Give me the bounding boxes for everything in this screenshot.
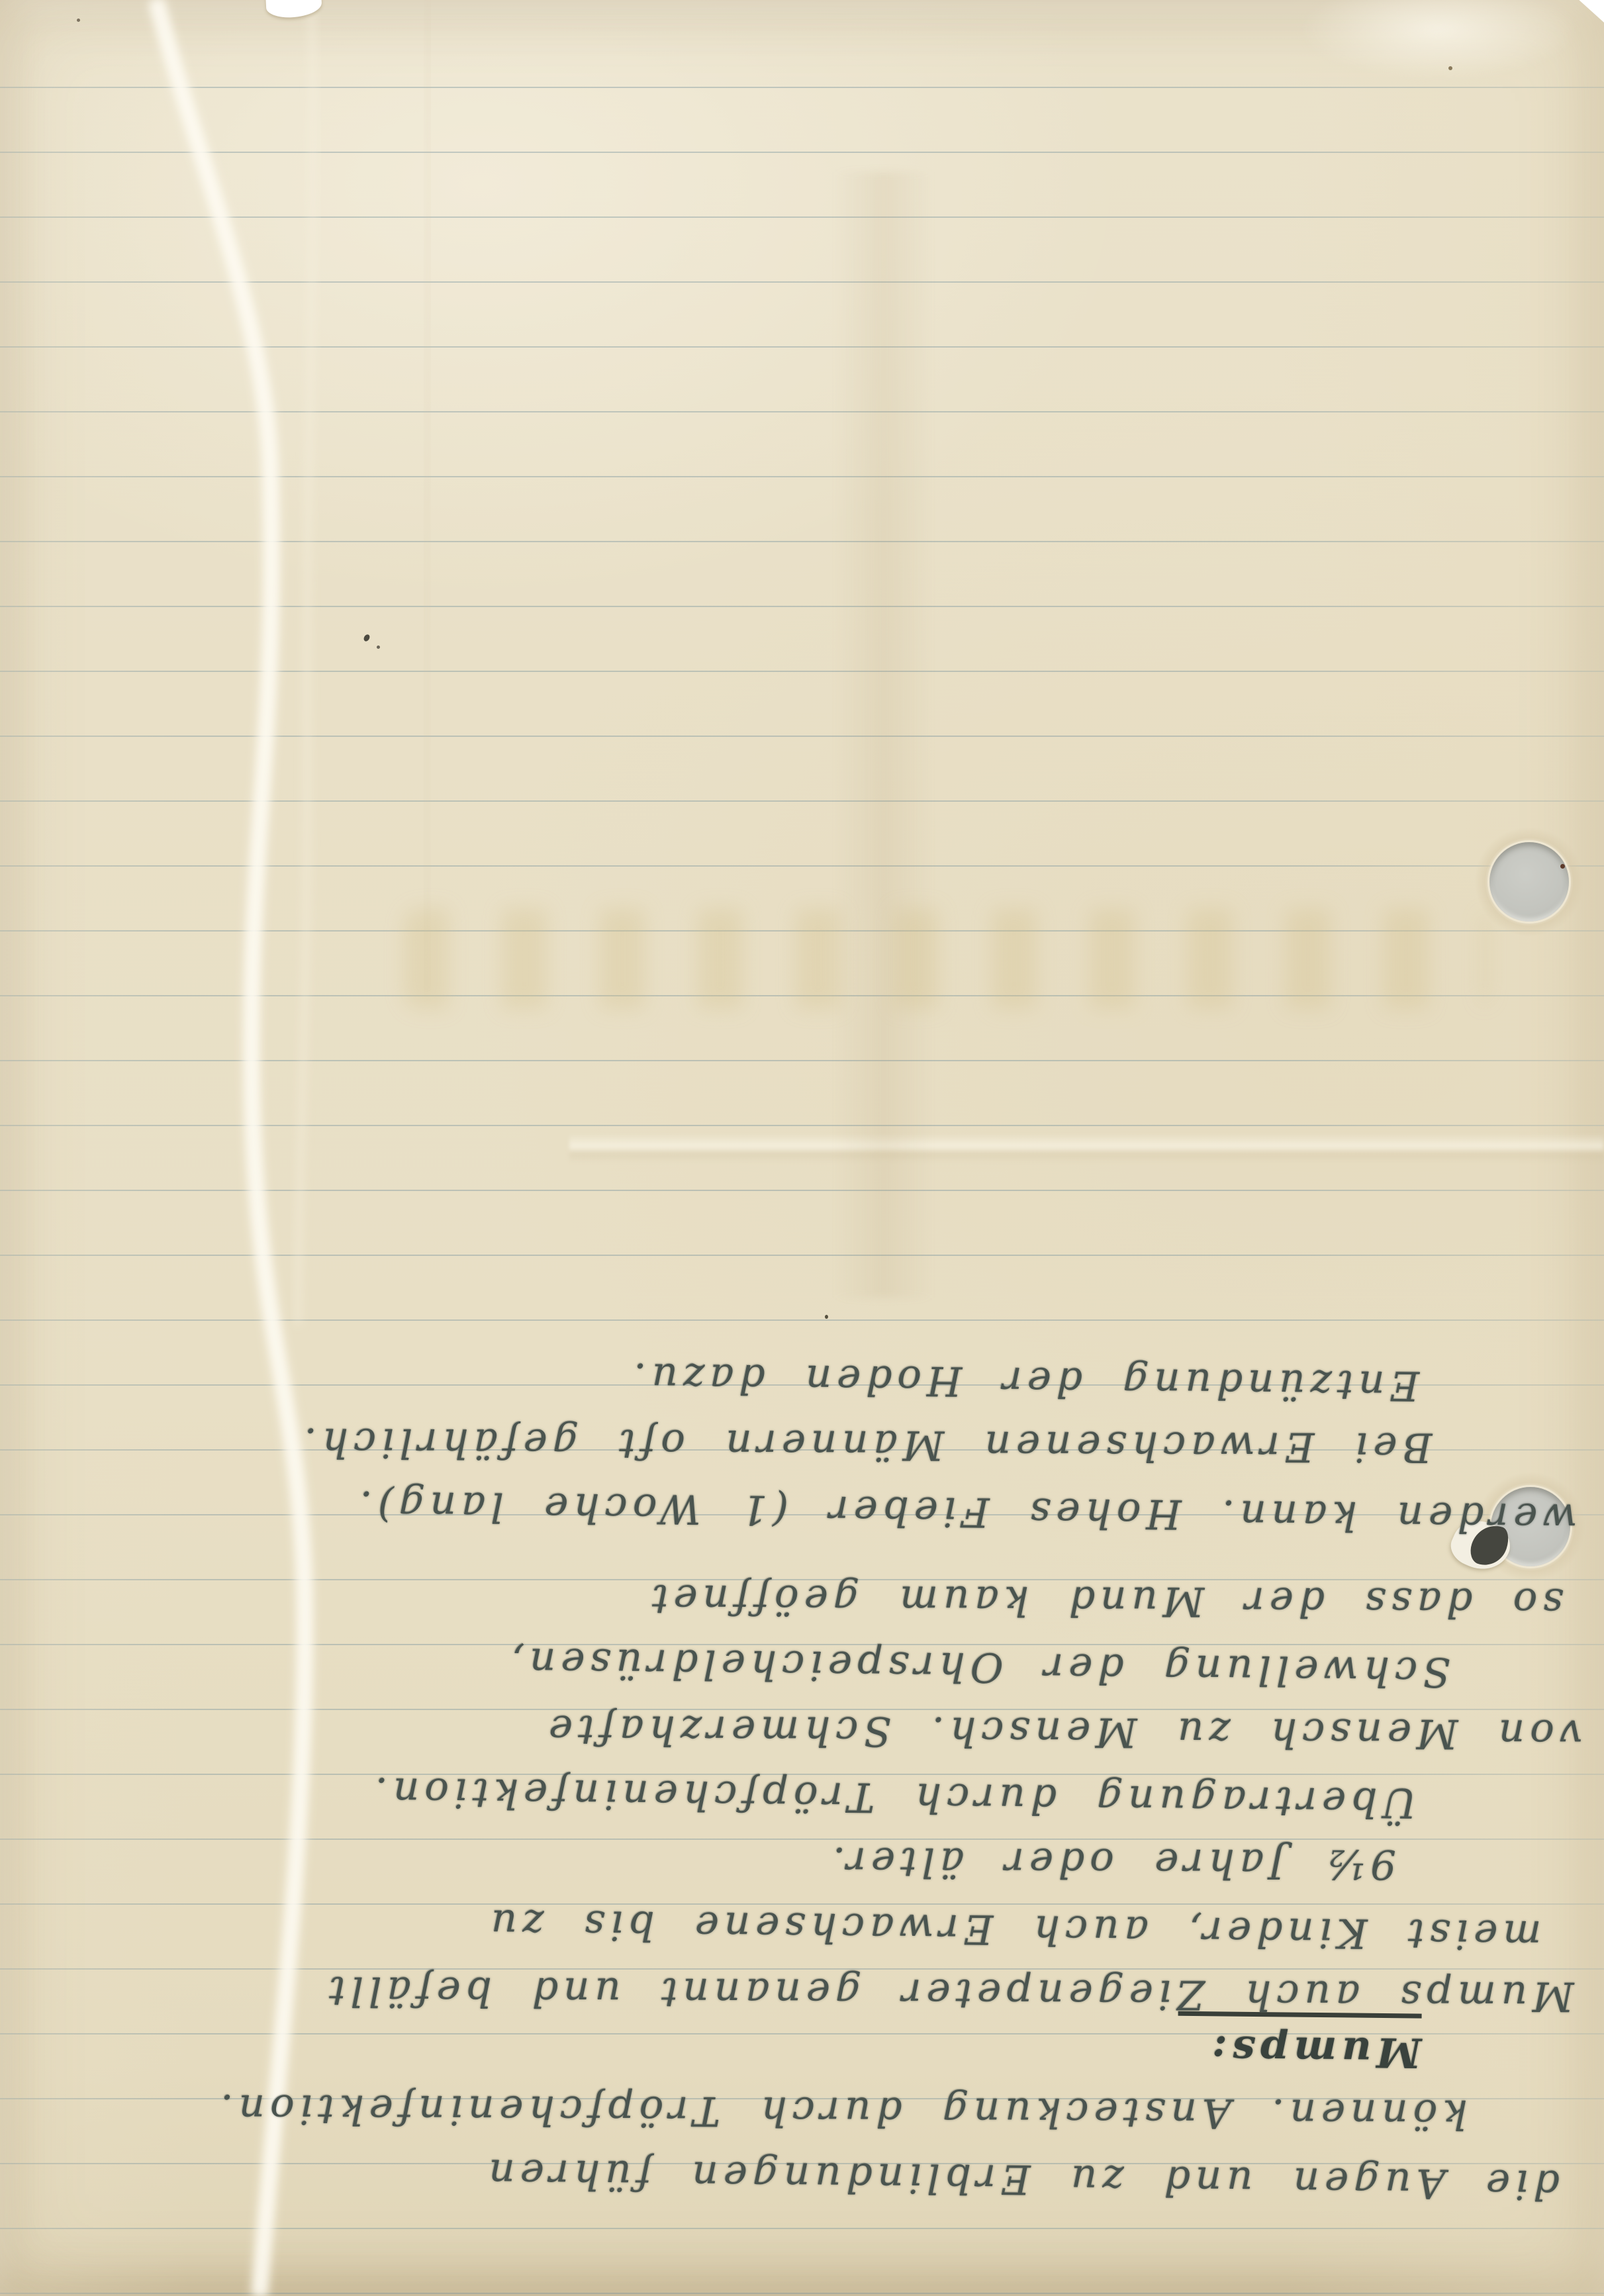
- handwriting-line: Schwellung der Ohrspeicheldrüsen,: [100, 1625, 1451, 1705]
- scanned-notebook-page: die Augen und zu Erblindungen führen kön…: [0, 0, 1604, 2296]
- paper-speck: [1448, 66, 1452, 70]
- handwritten-note-block: die Augen und zu Erblindungen führen kön…: [96, 1320, 1585, 2215]
- handwriting-line: Mumps auch Ziegenpeter genannt und befäl…: [97, 1957, 1574, 2029]
- handwriting-line: werden kann. Hohes Fieber (1 Woche lang)…: [101, 1470, 1578, 1551]
- handwriting-line: 9½ Jahre oder älter.: [99, 1826, 1396, 1897]
- handwriting-line: Entzündung der Hoden dazu.: [102, 1339, 1420, 1419]
- scan-shadow-streak: [834, 172, 933, 1298]
- top-right-crumple-highlight: [1299, 0, 1578, 79]
- handwriting-line: meist Kinder, auch Erwachsene bis zu: [98, 1887, 1542, 1968]
- horizontal-crease: [569, 1133, 1604, 1163]
- paper-speck: [825, 1315, 828, 1319]
- handwriting-line: von Mensch zu Mensch. Schmerzhafte: [99, 1695, 1582, 1767]
- handwriting-line: so dass der Mund kaum geöffnet: [101, 1564, 1564, 1636]
- paper-speck: [377, 646, 380, 649]
- handwriting-line: Bei Erwachsenen Männern oft gefährlich.: [101, 1409, 1432, 1480]
- handwriting-line: können. Ansteckung durch Tröpfcheninfekt…: [97, 2076, 1467, 2147]
- handwriting-line: die Augen und zu Erblindungen führen: [96, 2136, 1560, 2217]
- ink-show-through: [404, 908, 1489, 1009]
- paper-speck: [77, 19, 80, 22]
- punch-hole-opening: [1489, 842, 1569, 922]
- handwriting-line: Übertragung durch Tröpfcheninfektion.: [99, 1756, 1417, 1836]
- punch-hole-top: [1489, 842, 1569, 922]
- paper-speck: [1560, 864, 1565, 869]
